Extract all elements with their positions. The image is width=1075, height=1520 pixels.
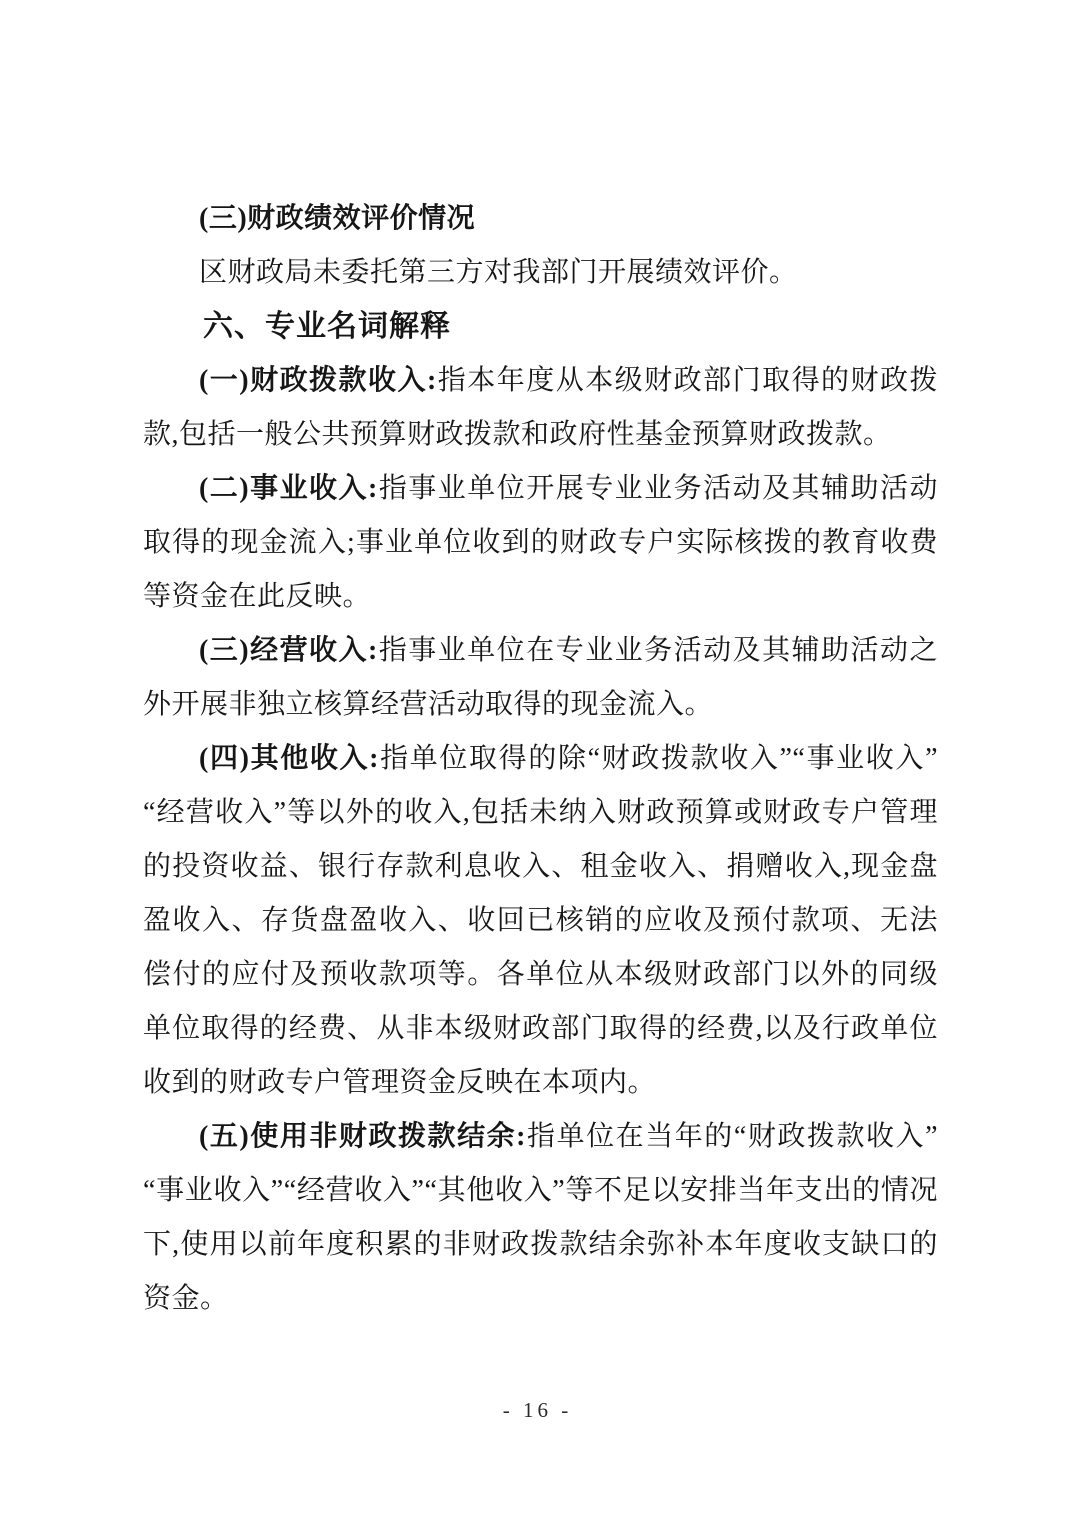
- document-page: (三)财政绩效评价情况 区财政局未委托第三方对我部门开展绩效评价。 六、专业名词…: [0, 0, 1075, 1520]
- term-lead-operating-income: (三)经营收入:: [199, 635, 378, 666]
- term-lead-non-fiscal-balance: (五)使用非财政拨款结余:: [199, 1121, 526, 1152]
- term-lead-fiscal-appropriation-income: (一)财政拨款收入:: [199, 365, 437, 396]
- paragraph-evaluation: 区财政局未委托第三方对我部门开展绩效评价。: [143, 246, 938, 300]
- term-paragraph-operating-income: (三)经营收入:指事业单位在专业业务活动及其辅助活动之外开展非独立核算经营活动取…: [143, 624, 938, 732]
- page-number: - 16 -: [503, 1398, 573, 1422]
- term-paragraph-non-fiscal-balance: (五)使用非财政拨款结余:指单位在当年的“财政拨款收入”“事业收入”“经营收入”…: [143, 1110, 938, 1326]
- term-text-other-income: 指单位取得的除“财政拨款收入”“事业收入”“经营收入”等以外的收入,包括未纳入财…: [143, 743, 938, 1098]
- document-content: (三)财政绩效评价情况 区财政局未委托第三方对我部门开展绩效评价。 六、专业名词…: [143, 192, 938, 1326]
- section-heading-evaluation: (三)财政绩效评价情况: [143, 192, 938, 246]
- term-paragraph-other-income: (四)其他收入:指单位取得的除“财政拨款收入”“事业收入”“经营收入”等以外的收…: [143, 732, 938, 1110]
- page-footer: - 16 -: [0, 1395, 1075, 1425]
- term-lead-other-income: (四)其他收入:: [199, 743, 379, 774]
- term-lead-institutional-income: (二)事业收入:: [199, 473, 378, 504]
- term-paragraph-fiscal-appropriation-income: (一)财政拨款收入:指本年度从本级财政部门取得的财政拨款,包括一般公共预算财政拨…: [143, 354, 938, 462]
- term-paragraph-institutional-income: (二)事业收入:指事业单位开展专业业务活动及其辅助活动取得的现金流入;事业单位收…: [143, 462, 938, 624]
- section-heading-terms: 六、专业名词解释: [143, 300, 938, 354]
